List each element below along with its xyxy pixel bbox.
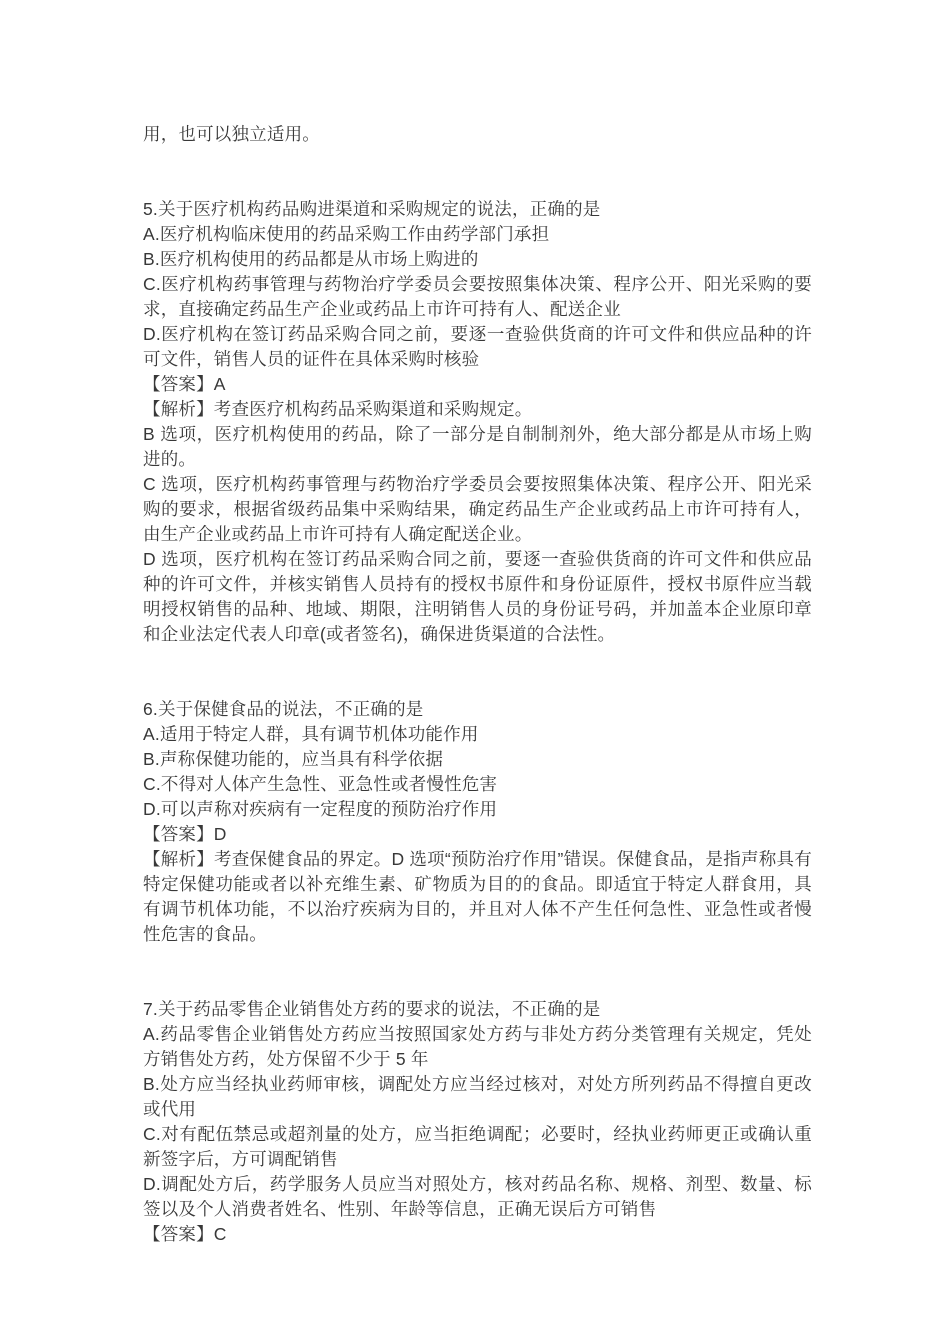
question-7-option-a: A.药品零售企业销售处方药应当按照国家处方药与非处方药分类管理有关规定，凭处方销… (143, 1022, 812, 1072)
question-6-analysis: 【解析】考查保健食品的界定。D 选项“预防治疗作用”错误。保健食品，是指声称具有… (143, 847, 812, 947)
paragraph-continuation: 用，也可以独立适用。 (143, 122, 812, 147)
question-7-option-d: D.调配处方后，药学服务人员应当对照处方，核对药品名称、规格、剂型、数量、标签以… (143, 1172, 812, 1222)
question-6-option-c: C.不得对人体产生急性、亚急性或者慢性危害 (143, 772, 812, 797)
document-page: 用，也可以独立适用。 5.关于医疗机构药品购进渠道和采购规定的说法，正确的是 A… (0, 0, 950, 1344)
question-5-option-c: C.医疗机构药事管理与药物治疗学委员会要按照集体决策、程序公开、阳光采购的要求，… (143, 272, 812, 322)
question-5-stem: 5.关于医疗机构药品购进渠道和采购规定的说法，正确的是 (143, 197, 812, 222)
question-6-stem: 6.关于保健食品的说法，不正确的是 (143, 697, 812, 722)
question-6-option-d: D.可以声称对疾病有一定程度的预防治疗作用 (143, 797, 812, 822)
question-5-option-d: D.医疗机构在签订药品采购合同之前，要逐一查验供货商的许可文件和供应品种的许可文… (143, 322, 812, 372)
question-7-answer-line: 【答案】C (143, 1222, 812, 1247)
question-5-option-a: A.医疗机构临床使用的药品采购工作由药学部门承担 (143, 222, 812, 247)
question-block-7: 7.关于药品零售企业销售处方药的要求的说法，不正确的是 A.药品零售企业销售处方… (143, 997, 812, 1247)
question-5-answer-line: 【答案】A (143, 372, 812, 397)
question-7-stem: 7.关于药品零售企业销售处方药的要求的说法，不正确的是 (143, 997, 812, 1022)
question-6-option-b: B.声称保健功能的，应当具有科学依据 (143, 747, 812, 772)
question-5-analysis-option-c: C 选项，医疗机构药事管理与药物治疗学委员会要按照集体决策、程序公开、阳光采购的… (143, 472, 812, 547)
question-block-6: 6.关于保健食品的说法，不正确的是 A.适用于特定人群，具有调节机体功能作用 B… (143, 697, 812, 947)
question-6-option-a: A.适用于特定人群，具有调节机体功能作用 (143, 722, 812, 747)
question-6-answer-line: 【答案】D (143, 822, 812, 847)
question-block-5: 5.关于医疗机构药品购进渠道和采购规定的说法，正确的是 A.医疗机构临床使用的药… (143, 197, 812, 647)
question-5-option-b: B.医疗机构使用的药品都是从市场上购进的 (143, 247, 812, 272)
question-5-analysis-option-b: B 选项，医疗机构使用的药品，除了一部分是自制制剂外，绝大部分都是从市场上购进的… (143, 422, 812, 472)
question-5-analysis-option-d: D 选项，医疗机构在签订药品采购合同之前，要逐一查验供货商的许可文件和供应品种的… (143, 547, 812, 647)
question-7-option-c: C.对有配伍禁忌或超剂量的处方，应当拒绝调配；必要时，经执业药师更正或确认重新签… (143, 1122, 812, 1172)
question-7-option-b: B.处方应当经执业药师审核，调配处方应当经过核对，对处方所列药品不得擅自更改或代… (143, 1072, 812, 1122)
question-5-analysis-intro: 【解析】考查医疗机构药品采购渠道和采购规定。 (143, 397, 812, 422)
